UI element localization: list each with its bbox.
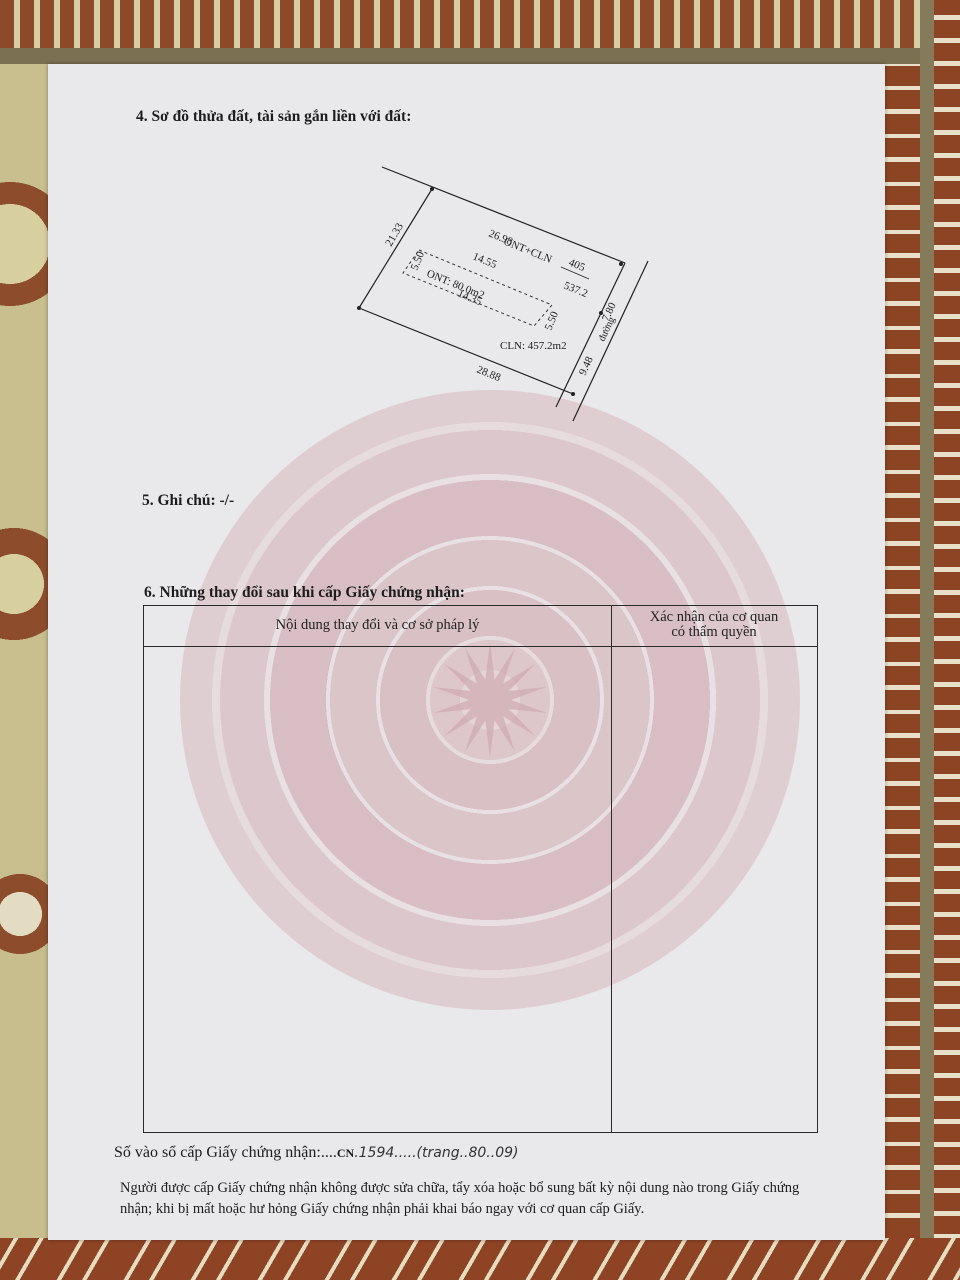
inner-right-length: 5.50 [543,309,562,332]
authority-header-line-1: Xác nhận của cơ quan [611,610,817,625]
parcel-diagram: 26.98 21.33 28.88 7.80 9.48 14.55 14.35 … [48,64,885,484]
parcel-land-type: ONT+CLN [502,236,554,266]
parcel-number: 405 [567,257,587,274]
parcel-area: 537.2 [562,280,589,300]
authority-header-line-2: có thẩm quyền [611,625,817,640]
section-6-title: 6. Những thay đổi sau khi cấp Giấy chứng… [144,584,465,602]
inner-top-length: 14.55 [471,251,499,272]
road-label: đường [597,315,618,343]
column-header-change-content: Nội dung thay đổi và cơ sở pháp lý [144,618,611,633]
changes-table: Nội dung thay đổi và cơ sở pháp lý Xác n… [143,605,818,1133]
column-header-authority-confirmation: Xác nhận của cơ quan có thẩm quyền [611,610,817,640]
edge-left-length: 21.33 [383,221,406,249]
edge-bottom-length: 28.88 [475,364,503,385]
register-number-line: Số vào sổ cấp Giấy chứng nhận:....CN.159… [114,1144,518,1162]
section-5-title: 5. Ghi chú: -/- [142,492,234,510]
register-label: Số vào sổ cấp Giấy chứng nhận:.... [114,1144,337,1161]
register-handwritten-number: .1594.....(trang..80..09) [354,1145,518,1161]
cln-area-label: CLN: 457.2m2 [500,340,567,352]
land-certificate-page: 4. Sơ đồ thửa đất, tài sản gắn liền với … [48,64,885,1240]
certificate-notice: Người được cấp Giấy chứng nhận không đượ… [120,1178,830,1220]
ont-area-label: ONT: 80.0m2 [425,268,486,302]
register-prefix: CN [337,1146,354,1160]
